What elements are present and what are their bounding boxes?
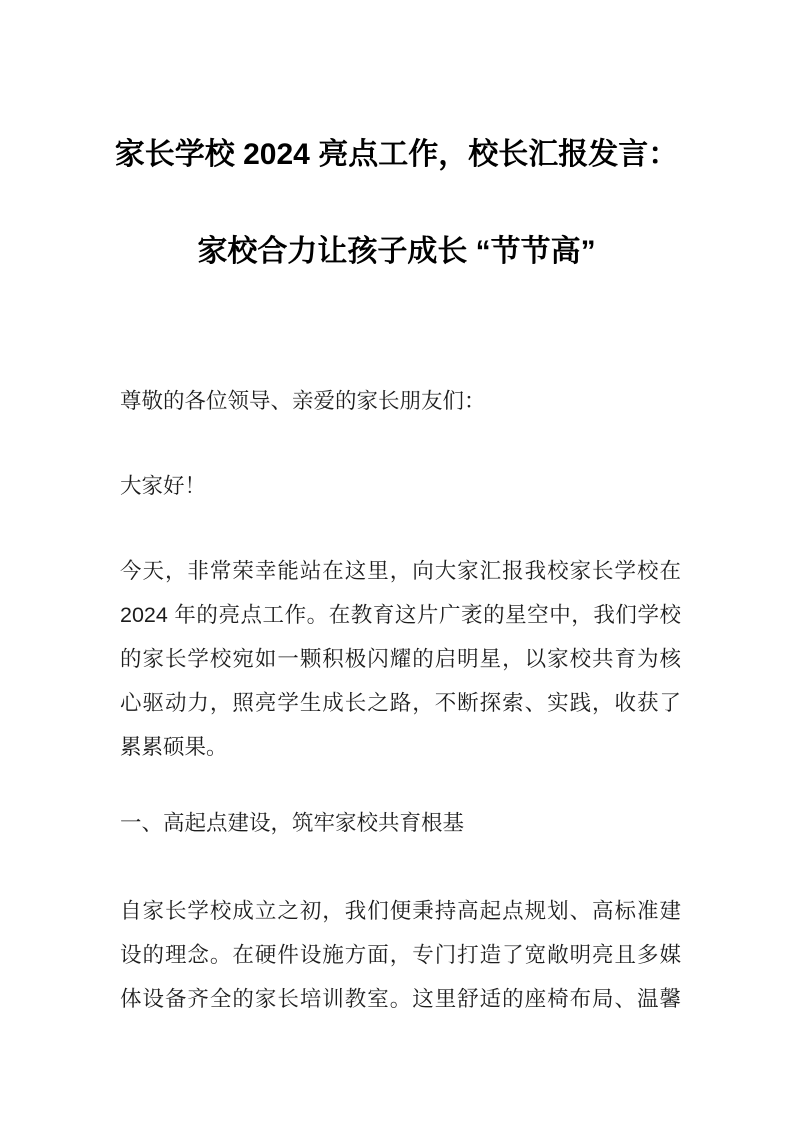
section-1-heading: 一、高起点建设，筑牢家校共育根基 — [120, 801, 681, 845]
intro-paragraph-line-1: 今天，非常荣幸能站在这里，向大家汇报我校家长学校在 — [120, 549, 681, 593]
intro-paragraph-line-4: 心驱动力，照亮学生成长之路，不断探索、实践，收获了 — [120, 681, 681, 725]
salutation-line: 尊敬的各位领导、亲爱的家长朋友们： — [120, 379, 681, 423]
section-1-paragraph-line-3: 体设备齐全的家长培训教室。这里舒适的座椅布局、温馨 — [120, 977, 681, 1021]
intro-paragraph: 今天，非常荣幸能站在这里，向大家汇报我校家长学校在 2024 年的亮点工作。在教… — [120, 549, 681, 769]
salutation-text: 尊敬的各位领导、亲爱的家长朋友们： — [120, 379, 681, 423]
section-1-paragraph-line-1: 自家长学校成立之初，我们便秉持高起点规划、高标准建 — [120, 889, 681, 933]
greeting-line: 大家好！ — [120, 464, 681, 508]
document-page: 家长学校 2024 亮点工作，校长汇报发言： 家校合力让孩子成长 “节节高” 尊… — [0, 0, 793, 1122]
section-1-paragraph-line-2: 设的理念。在硬件设施方面，专门打造了宽敞明亮且多媒 — [120, 933, 681, 977]
intro-paragraph-line-2: 2024 年的亮点工作。在教育这片广袤的星空中，我们学校 — [120, 593, 681, 637]
section-1-heading-text: 一、高起点建设，筑牢家校共育根基 — [120, 801, 681, 845]
intro-paragraph-line-5: 累累硕果。 — [120, 725, 681, 769]
section-1-paragraph: 自家长学校成立之初，我们便秉持高起点规划、高标准建 设的理念。在硬件设施方面，专… — [120, 889, 681, 1021]
intro-paragraph-line-3: 的家长学校宛如一颗积极闪耀的启明星，以家校共育为核 — [120, 637, 681, 681]
document-title-line-1: 家长学校 2024 亮点工作，校长汇报发言： — [0, 133, 793, 177]
greeting-text: 大家好！ — [120, 464, 681, 508]
document-title-line-2: 家校合力让孩子成长 “节节高” — [0, 230, 793, 274]
